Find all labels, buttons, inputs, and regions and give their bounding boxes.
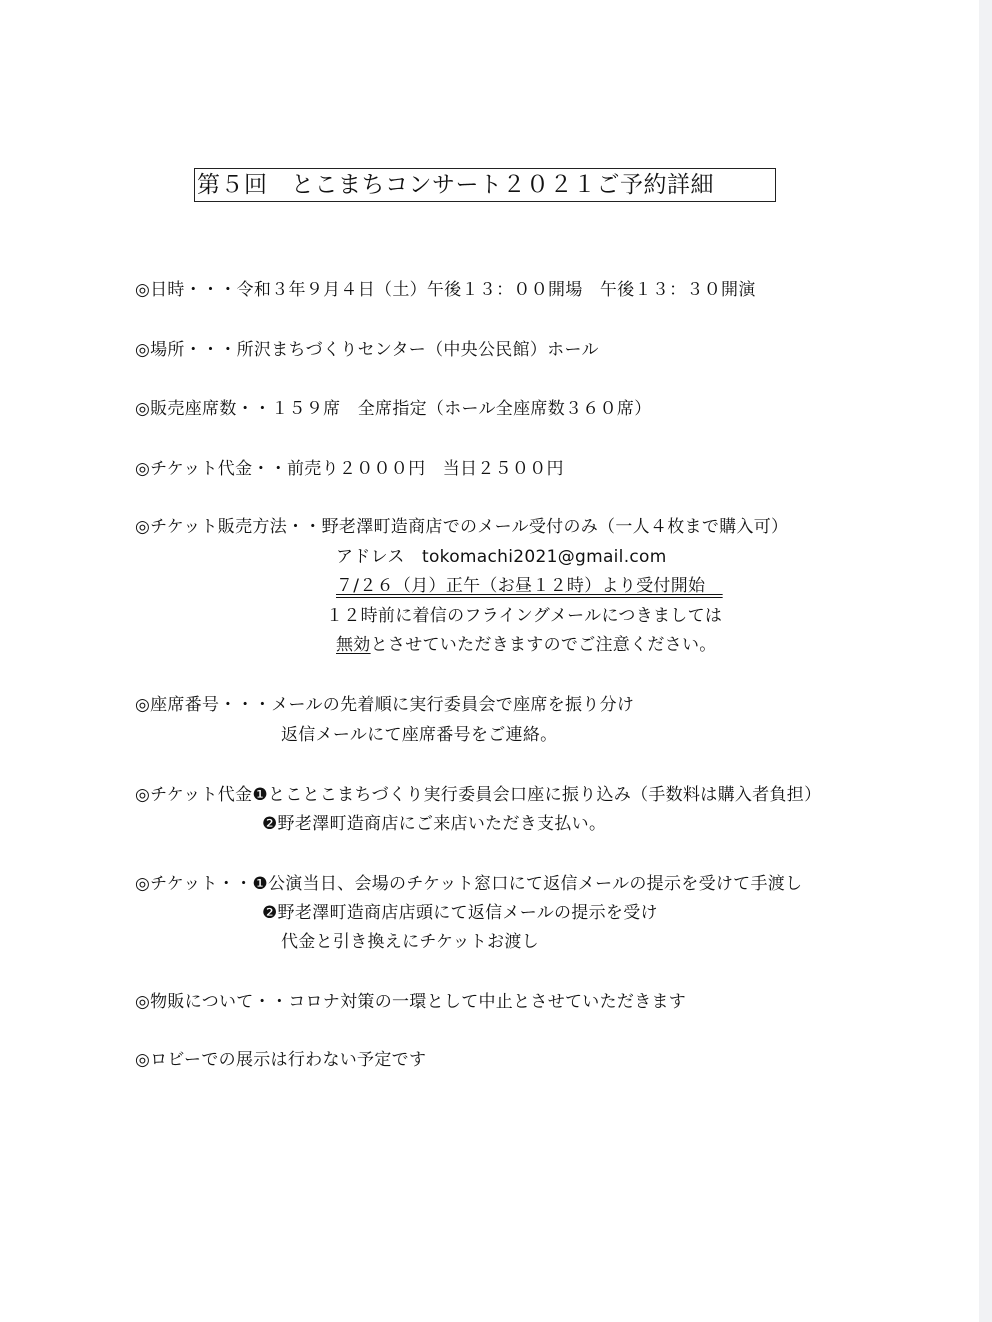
invalid-word: 無効 — [336, 635, 371, 655]
document-title: 第５回 とこまちコンサート２０２１ご予約詳細 — [194, 168, 776, 202]
viewer-side-strip — [979, 0, 992, 1322]
lobby-line: ◎ロビーでの展示は行わない予定です — [135, 1049, 426, 1071]
flying-mail-notice: １２時前に着信のフライングメールにつきましては — [326, 605, 722, 627]
address-label: アドレス — [336, 547, 422, 567]
ticket-option-2-cont: 代金と引き換えにチケットお渡し — [281, 931, 539, 953]
invalid-notice-rest: とさせていただきますのでご注意ください。 — [371, 635, 717, 655]
merch-line: ◎物販について・・コロナ対策の一環として中止とさせていただきます — [135, 991, 686, 1013]
document-page: 第５回 とこまちコンサート２０２１ご予約詳細 ◎日時・・・令和３年９月４日（土）… — [0, 0, 979, 1322]
datetime-line: ◎日時・・・令和３年９月４日（土）午後１３：００開場 午後１３：３０開演 — [135, 279, 756, 301]
payment-option-2: ❷野老澤町造商店にご来店いただき支払い。 — [262, 813, 606, 835]
reception-start-notice: ７/２６（月）正午（お昼１２時）より受付開始 — [336, 575, 723, 597]
ticket-option-1: ◎チケット・・❶公演当日、会場のチケット窓口にて返信メールの提示を受けて手渡し — [135, 873, 802, 895]
ticket-option-2: ❷野老澤町造商店店頭にて返信メールの提示を受け — [262, 902, 658, 924]
seat-number-line: ◎座席番号・・・メールの先着順に実行委員会で座席を振り分け — [135, 694, 634, 716]
email-address-line: アドレス tokomachi2021@gmail.com — [336, 546, 667, 568]
seats-line: ◎販売座席数・・１５９席 全席指定（ホール全座席数３６０席） — [135, 398, 652, 420]
payment-option-1: ◎チケット代金❶とことこまちづくり実行委員会口座に振り込み（手数料は購入者負担） — [135, 784, 821, 806]
seat-number-reply-line: 返信メールにて座席番号をご連絡。 — [281, 724, 557, 746]
price-line: ◎チケット代金・・前売り２０００円 当日２５００円 — [135, 458, 564, 480]
invalid-notice: 無効とさせていただきますのでご注意ください。 — [336, 634, 717, 656]
email-address: tokomachi2021@gmail.com — [422, 547, 667, 567]
venue-line: ◎場所・・・所沢まちづくりセンター（中央公民館）ホール — [135, 339, 599, 361]
sales-method-line: ◎チケット販売方法・・野老澤町造商店でのメール受付のみ（一人４枚まで購入可） — [135, 516, 788, 538]
